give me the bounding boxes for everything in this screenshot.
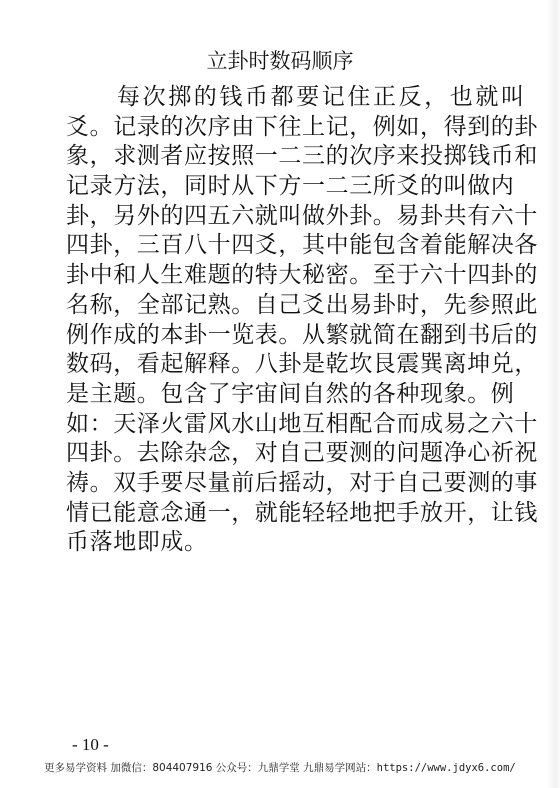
text-line: 象，求测者应按照一二三的次序来投掷钱币和	[66, 142, 496, 172]
text-line: 是主题。包含了宇宙间自然的各种现象。例	[66, 380, 496, 410]
text-line: 祷。双手要尽量前后摇动，对于自己要测的事	[66, 469, 496, 499]
text-line: 爻。记录的次序由下往上记，例如，得到的卦	[66, 113, 496, 143]
text-line: 币落地即成。	[66, 528, 496, 558]
text-line: 名称，全部记熟。自己爻出易卦时，先参照此	[66, 291, 496, 321]
page-number: - 10 -	[72, 735, 109, 755]
text-line: 数码，看起解释。八卦是乾坎艮震巽离坤兑，	[66, 350, 496, 380]
text-line: 记录方法，同时从下方一二三所爻的叫做内	[66, 172, 496, 202]
text-line: 四卦，三百八十四爻，其中能包含着能解决各	[66, 231, 496, 261]
body-text: 每次掷的钱币都要记住正反，也就叫 爻。记录的次序由下往上记，例如，得到的卦 象，…	[66, 83, 496, 558]
footer-watermark: 更多易学资料 加微信：804407916 公众号：九鼎学堂 九鼎易学网站：htt…	[44, 760, 516, 775]
text-line: 如：天泽火雷风水山地互相配合而成易之六十	[66, 410, 496, 440]
footer-url: https://www.jdyx6.com/	[377, 762, 516, 774]
text-line: 情已能意念通一，就能轻轻地把手放开，让钱	[66, 499, 496, 529]
text-line: 四卦。去除杂念，对自己要测的问题净心祈祝	[66, 439, 496, 469]
page-edge-shadow	[546, 0, 560, 788]
page-title: 立卦时数码顺序	[0, 46, 560, 76]
text-line: 例作成的本卦一览表。从繁就简在翻到书后的	[66, 321, 496, 351]
text-line: 卦中和人生难题的特大秘密。至于六十四卦的	[66, 261, 496, 291]
text-line: 卦，另外的四五六就叫做外卦。易卦共有六十	[66, 202, 496, 232]
footer-text: 更多易学资料 加微信：804407916 公众号：九鼎学堂 九鼎易学网站：	[44, 762, 377, 774]
text-line: 每次掷的钱币都要记住正反，也就叫	[66, 83, 496, 113]
